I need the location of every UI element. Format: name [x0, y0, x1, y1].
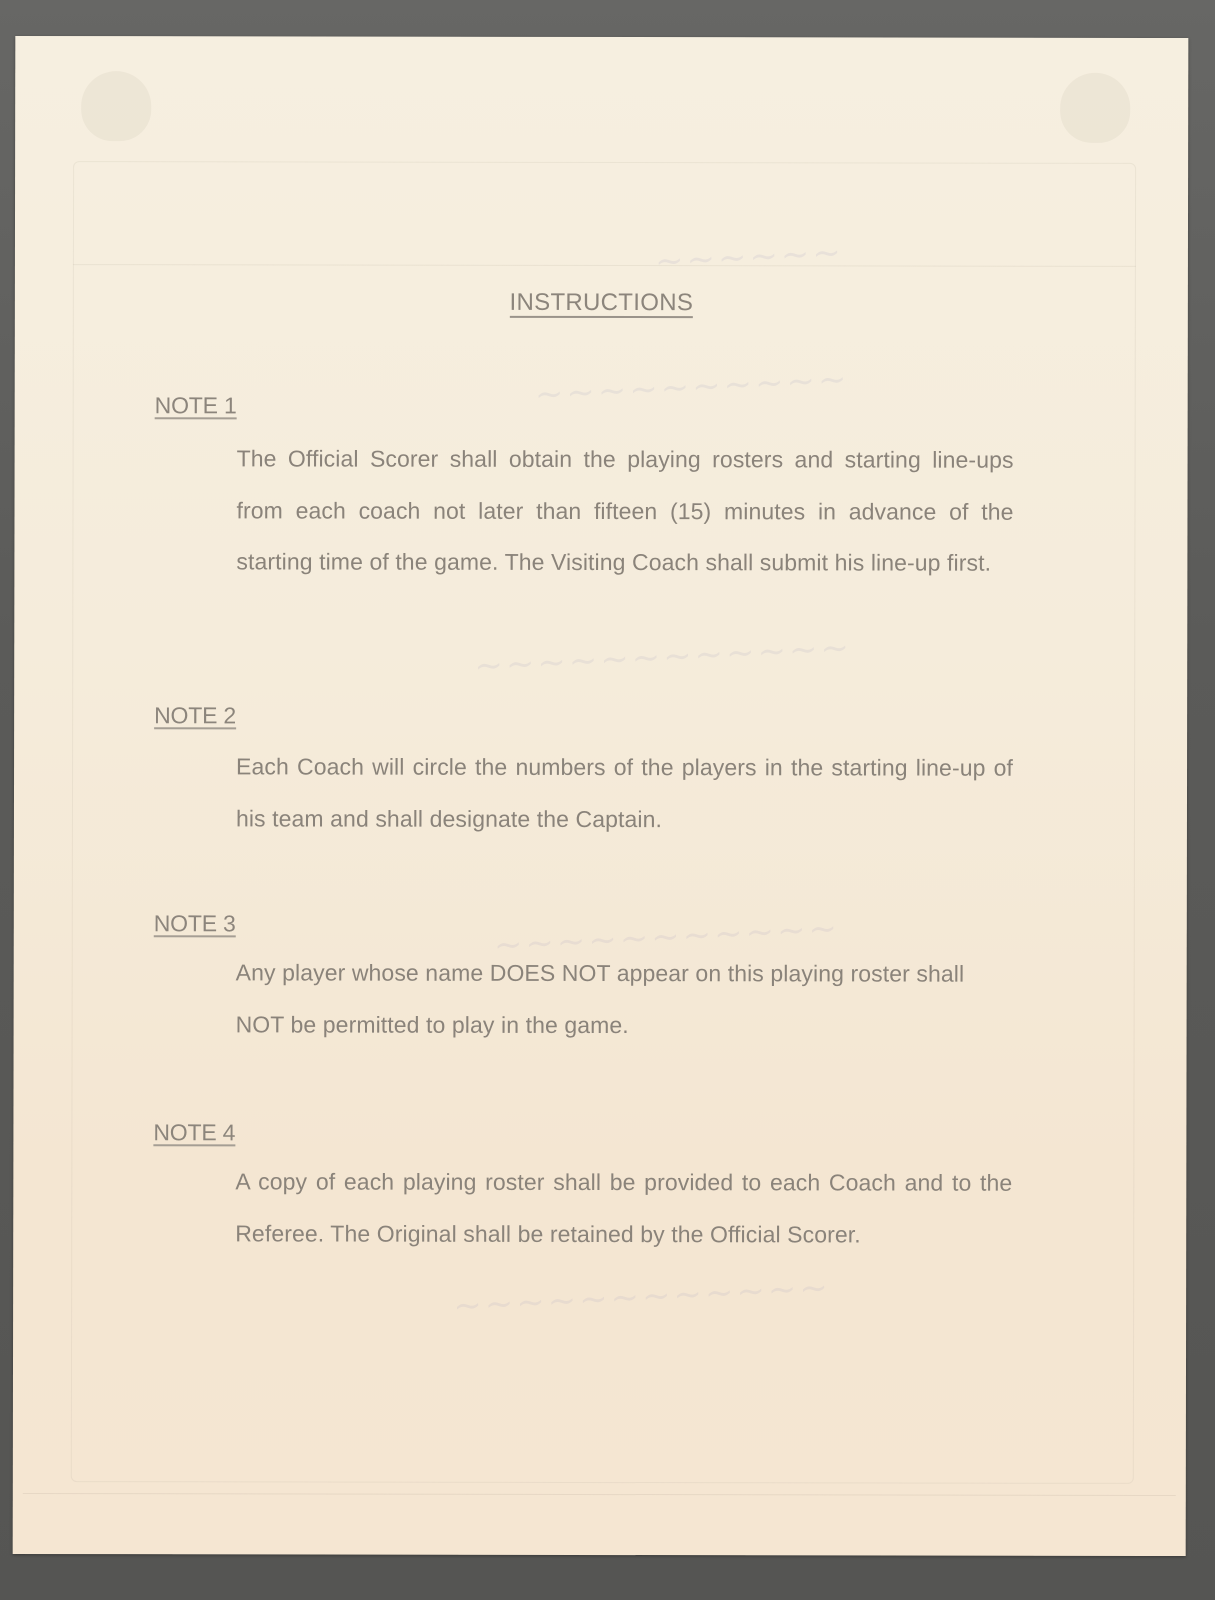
- document-page: ~~~~~~ ~~~~~~~~~~ ~~~~~~~~~~~~ ~~~~~~~~~…: [13, 36, 1189, 1556]
- note-3-body: Any player whose name DOES NOT appear on…: [236, 947, 1013, 1051]
- title-text: INSTRUCTIONS: [510, 290, 694, 318]
- note-1-heading: NOTE 1: [155, 392, 237, 419]
- instructions-content: INSTRUCTIONS NOTE 1 The Official Scorer …: [13, 36, 1189, 1556]
- note-4-heading: NOTE 4: [153, 1119, 235, 1146]
- note-2-body: Each Coach will circle the numbers of th…: [236, 741, 1013, 845]
- note-2-heading: NOTE 2: [154, 702, 236, 729]
- note-4-body: A copy of each playing roster shall be p…: [235, 1156, 1012, 1260]
- page-title: INSTRUCTIONS: [15, 288, 1188, 319]
- note-1-body: The Official Scorer shall obtain the pla…: [236, 433, 1013, 589]
- note-3-heading: NOTE 3: [154, 910, 236, 937]
